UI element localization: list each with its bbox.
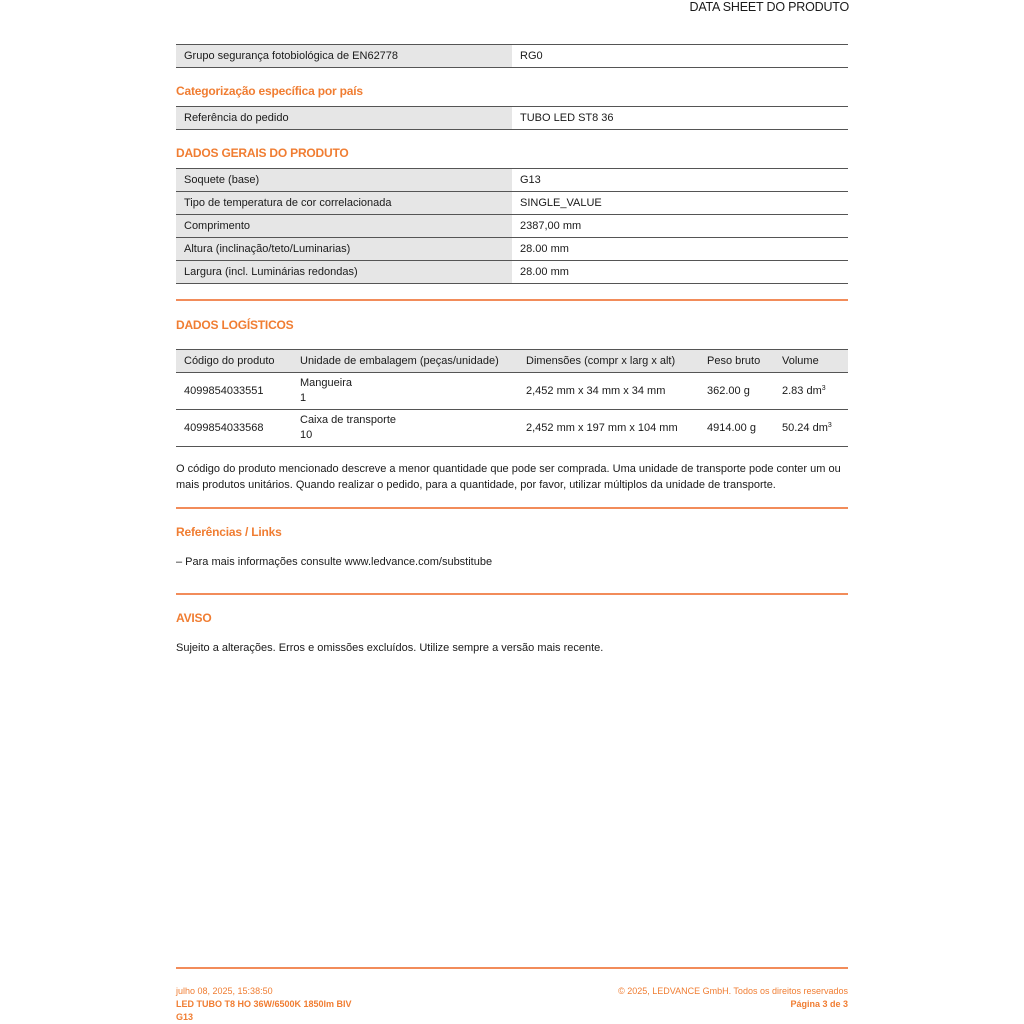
table-row: Comprimento 2387,00 mm xyxy=(176,215,848,238)
table-row: Tipo de temperatura de cor correlacionad… xyxy=(176,192,848,215)
packaging-unit: Mangueira1 xyxy=(292,373,518,410)
footer-right: © 2025, LEDVANCE GmbH. Todos os direitos… xyxy=(618,985,848,1011)
unit-quantity: 10 xyxy=(300,429,312,441)
row-value: TUBO LED ST8 36 xyxy=(512,107,848,130)
section-divider xyxy=(176,299,848,301)
footer-timestamp: julho 08, 2025, 15:38:50 xyxy=(176,985,352,998)
dimensions: 2,452 mm x 34 mm x 34 mm xyxy=(518,373,699,410)
table-row: Grupo segurança fotobiológica de EN62778… xyxy=(176,45,848,68)
volume-exponent: 3 xyxy=(822,385,826,392)
logistics-table: Código do produto Unidade de embalagem (… xyxy=(176,349,848,447)
section-title-references: Referências / Links xyxy=(176,525,848,539)
gross-weight: 4914.00 g xyxy=(699,410,774,447)
product-code: 4099854033568 xyxy=(176,410,292,447)
table-row: Soquete (base) G13 xyxy=(176,169,848,192)
row-value: G13 xyxy=(512,169,848,192)
logistics-note: O código do produto mencionado descreve … xyxy=(176,462,848,493)
unit-name: Mangueira xyxy=(300,377,352,389)
photobiological-table: Grupo segurança fotobiológica de EN62778… xyxy=(176,44,848,68)
footer-divider xyxy=(176,967,848,969)
row-value: 28.00 mm xyxy=(512,238,848,261)
notice-text: Sujeito a alterações. Erros e omissões e… xyxy=(176,641,848,657)
table-row: 4099854033551 Mangueira1 2,452 mm x 34 m… xyxy=(176,373,848,410)
row-key: Altura (inclinação/teto/Luminarias) xyxy=(176,238,512,261)
volume-exponent: 3 xyxy=(828,422,832,429)
table-row: Largura (incl. Luminárias redondas) 28.0… xyxy=(176,261,848,284)
gross-weight: 362.00 g xyxy=(699,373,774,410)
dimensions: 2,452 mm x 197 mm x 104 mm xyxy=(518,410,699,447)
unit-name: Caixa de transporte xyxy=(300,414,396,426)
column-header-code: Código do produto xyxy=(176,350,292,373)
column-header-dimensions: Dimensões (compr x larg x alt) xyxy=(518,350,699,373)
table-row: Referência do pedido TUBO LED ST8 36 xyxy=(176,107,848,130)
packaging-unit: Caixa de transporte10 xyxy=(292,410,518,447)
product-code: 4099854033551 xyxy=(176,373,292,410)
row-value: 2387,00 mm xyxy=(512,215,848,238)
footer-page-number: Página 3 de 3 xyxy=(618,998,848,1011)
row-key: Comprimento xyxy=(176,215,512,238)
section-divider xyxy=(176,593,848,595)
table-header-row: Código do produto Unidade de embalagem (… xyxy=(176,350,848,373)
document-title: DATA SHEET DO PRODUTO xyxy=(690,0,849,14)
table-row: 4099854033568 Caixa de transporte10 2,45… xyxy=(176,410,848,447)
column-header-volume: Volume xyxy=(774,350,848,373)
table-row: Altura (inclinação/teto/Luminarias) 28.0… xyxy=(176,238,848,261)
row-key: Largura (incl. Luminárias redondas) xyxy=(176,261,512,284)
unit-quantity: 1 xyxy=(300,392,306,404)
footer-copyright: © 2025, LEDVANCE GmbH. Todos os direitos… xyxy=(618,985,848,998)
volume: 2.83 dm3 xyxy=(774,373,848,410)
row-key: Tipo de temperatura de cor correlacionad… xyxy=(176,192,512,215)
country-category-table: Referência do pedido TUBO LED ST8 36 xyxy=(176,106,848,130)
section-title-logistics: DADOS LOGÍSTICOS xyxy=(176,318,848,332)
row-key: Referência do pedido xyxy=(176,107,512,130)
volume-value: 50.24 dm xyxy=(782,422,828,434)
row-key: Grupo segurança fotobiológica de EN62778 xyxy=(176,45,512,68)
volume: 50.24 dm3 xyxy=(774,410,848,447)
volume-value: 2.83 dm xyxy=(782,385,822,397)
row-value: SINGLE_VALUE xyxy=(512,192,848,215)
column-header-weight: Peso bruto xyxy=(699,350,774,373)
row-value: RG0 xyxy=(512,45,848,68)
row-value: 28.00 mm xyxy=(512,261,848,284)
footer-product-name: LED TUBO T8 HO 36W/6500K 1850lm BIV xyxy=(176,998,352,1011)
footer-left: julho 08, 2025, 15:38:50 LED TUBO T8 HO … xyxy=(176,985,352,1024)
column-header-unit: Unidade de embalagem (peças/unidade) xyxy=(292,350,518,373)
general-data-table: Soquete (base) G13 Tipo de temperatura d… xyxy=(176,168,848,284)
section-title-country-category: Categorização específica por país xyxy=(176,84,848,98)
document-content: Grupo segurança fotobiológica de EN62778… xyxy=(176,44,848,656)
reference-link-item[interactable]: – Para mais informações consulte www.led… xyxy=(176,555,848,571)
section-divider xyxy=(176,507,848,509)
section-title-general-data: DADOS GERAIS DO PRODUTO xyxy=(176,146,848,160)
footer-base: G13 xyxy=(176,1011,352,1024)
section-title-notice: AVISO xyxy=(176,611,848,625)
row-key: Soquete (base) xyxy=(176,169,512,192)
